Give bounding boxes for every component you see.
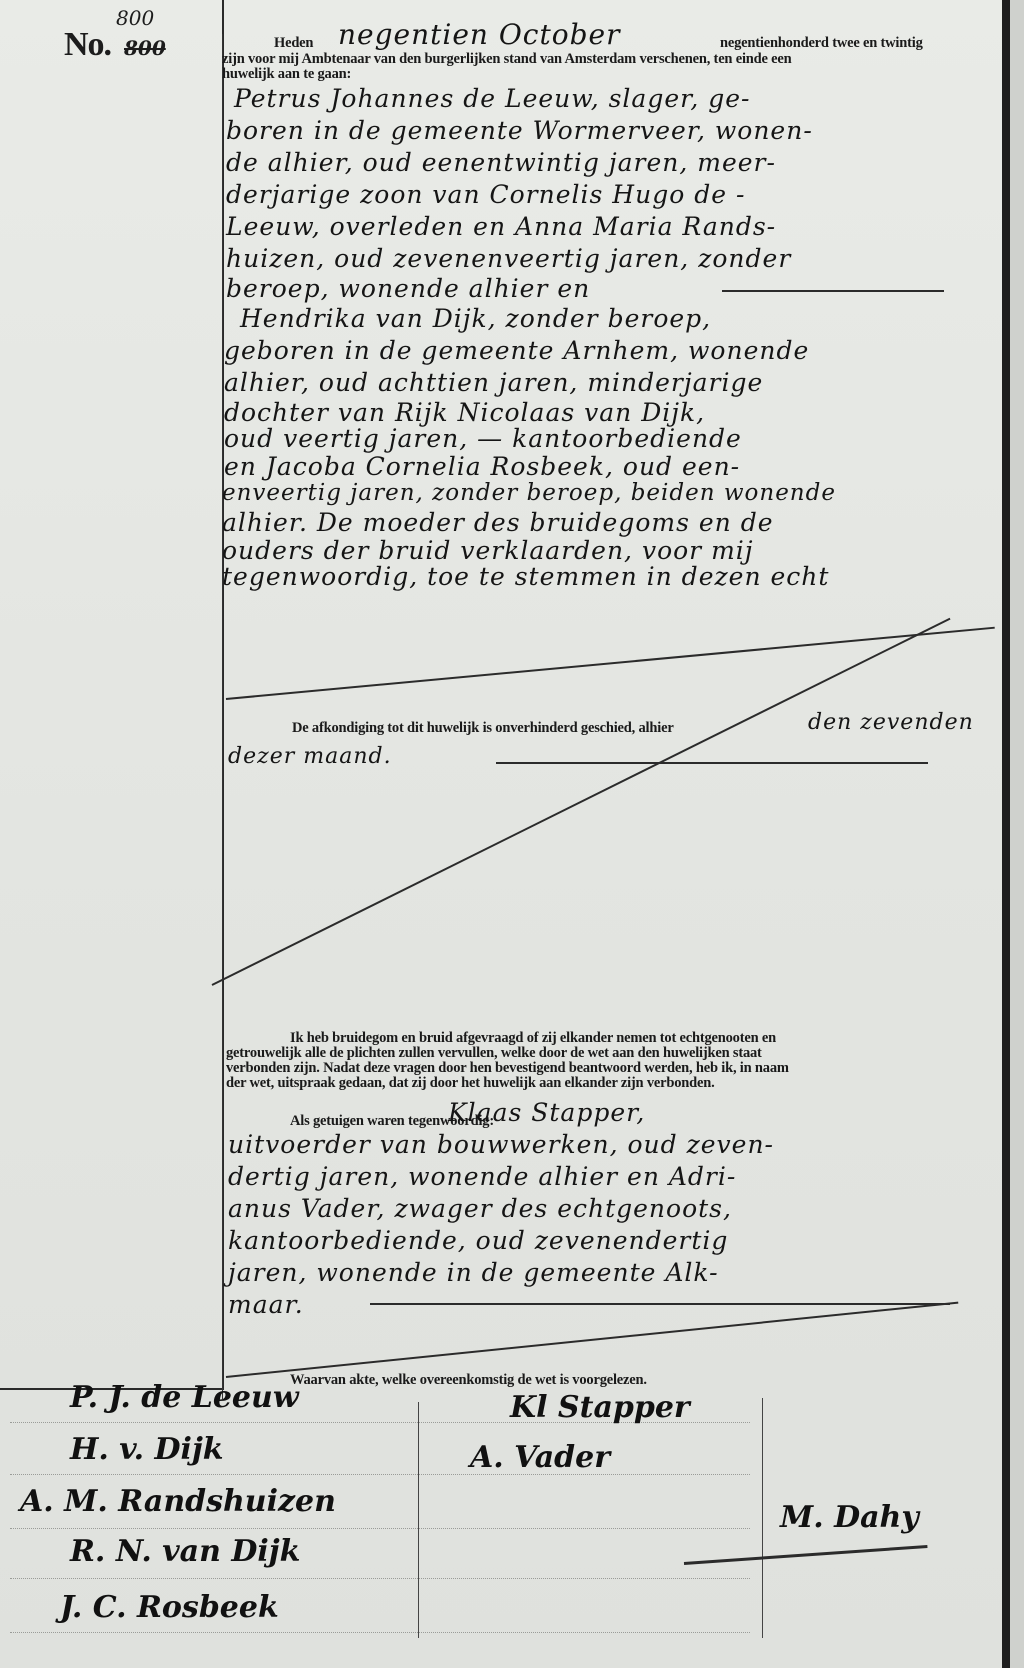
fill-line (722, 290, 944, 292)
hand-line: huizen, oud zevenenveertig jaren, zonder (226, 244, 791, 273)
fill-line (370, 1303, 950, 1305)
declaration-line: getrouwelijk alle de plichten zullen ver… (226, 1046, 762, 1061)
hand-line: enveertig jaren, zonder beroep, beiden w… (222, 480, 836, 506)
heden-label: Heden (274, 36, 313, 51)
hand-line: de alhier, oud eenentwintig jaren, meer- (226, 148, 776, 177)
cancel-stroke (226, 627, 995, 700)
declaration-line: verbonden zijn. Nadat deze vragen door h… (226, 1061, 789, 1076)
hand-line: oud veertig jaren, — kantoorbediende (224, 424, 742, 453)
signature-line (10, 1528, 750, 1530)
signature-bride-father: R. N. van Dijk (70, 1534, 300, 1569)
proclamation-printed: De afkondiging tot dit huwelijk is onver… (292, 721, 674, 736)
declaration-line: der wet, uitspraak gedaan, dat zij door … (226, 1076, 715, 1091)
hand-line: Klaas Stapper, (448, 1098, 645, 1127)
hand-line: en Jacoba Cornelia Rosbeek, oud een- (224, 452, 740, 481)
marriage-record-page: No. 800 800 Heden negentien October nege… (0, 0, 1024, 1668)
hand-line: ouders der bruid verklaarden, voor mij (222, 536, 754, 565)
record-number-handwritten: 800 (116, 6, 154, 30)
hand-line: Leeuw, overleden en Anna Maria Rands- (226, 212, 776, 241)
hand-line: maar. (228, 1290, 304, 1319)
date-handwritten: negentien October (338, 18, 620, 51)
signature-witness-1: Kl Stapper (510, 1390, 690, 1425)
hand-line: derjarige zoon van Cornelis Hugo de - (226, 180, 745, 209)
hand-line: tegenwoordig, toe te stemmen in dezen ec… (222, 562, 829, 591)
hand-line: dochter van Rijk Nicolaas van Dijk, (224, 398, 705, 427)
hand-line: anus Vader, zwager des echtgenoots, (228, 1194, 732, 1223)
fill-line (496, 762, 928, 764)
year-printed: negentienhonderd twee en twintig (720, 36, 923, 51)
signature-bride: H. v. Dijk (70, 1432, 224, 1467)
signature-line (10, 1578, 750, 1580)
record-number-struck: 800 (124, 36, 166, 60)
hand-line: beroep, wonende alhier en (226, 274, 590, 303)
signature-flourish (684, 1545, 928, 1565)
declaration-line: Ik heb bruidegom en bruid afgevraagd of … (290, 1031, 776, 1046)
header-line-2: zijn voor mij Ambtenaar van den burgerli… (222, 52, 792, 67)
column-rule (222, 34, 223, 1399)
signature-bride-mother: J. C. Rosbeek (60, 1590, 279, 1625)
hand-line: jaren, wonende in de gemeente Alk- (228, 1258, 719, 1287)
hand-line: Petrus Johannes de Leeuw, slager, ge- (234, 84, 750, 113)
signature-line (10, 1632, 750, 1634)
page-binding-edge (1002, 0, 1010, 1668)
page-edge (1010, 0, 1024, 1668)
cancel-stroke (212, 618, 951, 986)
hand-line: dertig jaren, wonende alhier en Adri- (228, 1162, 736, 1191)
signature-line (10, 1474, 750, 1476)
hand-line: geboren in de gemeente Arnhem, wonende (224, 336, 809, 365)
proclamation-hand-1: den zevenden (808, 710, 974, 735)
hand-line: alhier, oud achttien jaren, minderjarige (224, 368, 763, 397)
margin-box (0, 0, 224, 1390)
signature-witness-2: A. Vader (470, 1440, 610, 1475)
signature-column-rule (762, 1398, 763, 1638)
header-line-3: huwelijk aan te gaan: (222, 67, 351, 82)
signature-groom-mother: A. M. Randshuizen (20, 1484, 336, 1519)
record-number-label: No. (64, 26, 111, 64)
signature-groom: P. J. de Leeuw (70, 1380, 299, 1415)
signature-official: M. Dahy (780, 1500, 919, 1535)
proclamation-hand-2: dezer maand. (228, 744, 392, 769)
signature-column-rule (418, 1402, 419, 1638)
closing-statement: Waarvan akte, welke overeenkomstig de we… (290, 1373, 647, 1388)
hand-line: kantoorbediende, oud zevenendertig (228, 1226, 728, 1255)
hand-line: alhier. De moeder des bruidegoms en de (222, 508, 774, 537)
hand-line: Hendrika van Dijk, zonder beroep, (240, 304, 711, 333)
cancel-stroke (226, 1302, 958, 1378)
hand-line: uitvoerder van bouwwerken, oud zeven- (228, 1130, 774, 1159)
hand-line: boren in de gemeente Wormerveer, wonen- (226, 116, 813, 145)
